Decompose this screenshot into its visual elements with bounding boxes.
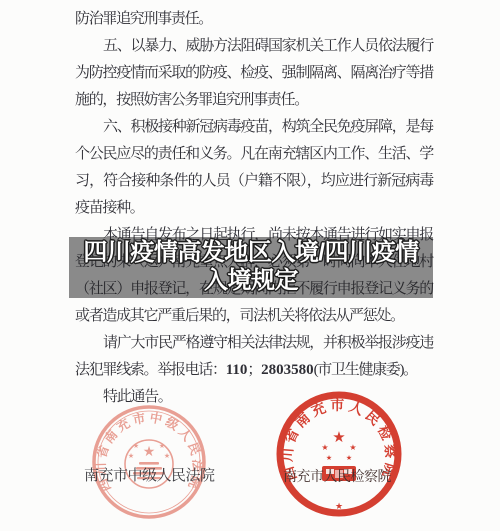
svg-text:★: ★ bbox=[346, 454, 352, 462]
svg-text:★: ★ bbox=[349, 443, 356, 452]
svg-text:★: ★ bbox=[335, 502, 343, 512]
caption-overlay: 四川疫情高发地区入境/四川疫情入境规定 bbox=[69, 237, 433, 298]
svg-text:★: ★ bbox=[326, 454, 332, 462]
caption-title: 四川疫情高发地区入境/四川疫情入境规定 bbox=[75, 237, 427, 295]
notice-paragraph: 六、积极接种新冠病毒疫苗，构筑全民免疫屏障，是每个公民应尽的责任和义务。凡在南充… bbox=[75, 114, 433, 222]
police-phone-number: 110 bbox=[226, 362, 248, 378]
notice-document-page: 防治罪追究刑事责任。 五、以暴力、威胁方法阻碍国家机关工作人员依法履行为防控疫情… bbox=[0, 0, 500, 531]
notice-paragraph: 防治罪追究刑事责任。 bbox=[75, 6, 433, 33]
phone-separator: ； bbox=[247, 362, 261, 378]
svg-text:★: ★ bbox=[133, 442, 139, 450]
phone-suffix-text: (市卫生健康委)。 bbox=[314, 362, 417, 378]
svg-text:★: ★ bbox=[321, 443, 328, 452]
court-seal-icon: 四川省南充市中级人民法院 ★ ★ ★ ★ ★ bbox=[86, 398, 212, 528]
court-name-label: 南充市中级人民法院 bbox=[84, 464, 214, 485]
procuratorate-seal-icon: 四川省南充市人民检察院 ★ ★ ★ ★ ★ ★ bbox=[272, 390, 406, 522]
svg-text:★: ★ bbox=[159, 442, 165, 450]
svg-text:★: ★ bbox=[128, 452, 134, 460]
svg-text:★: ★ bbox=[143, 444, 156, 460]
procuratorate-name-label: 南充市人民检察院 bbox=[281, 466, 393, 486]
health-committee-phone-number: 2803580 bbox=[261, 362, 314, 378]
svg-text:★: ★ bbox=[164, 452, 170, 460]
notice-paragraph: 五、以暴力、威胁方法阻碍国家机关工作人员依法履行为防控疫情而采取的防疫、检疫、强… bbox=[75, 33, 433, 114]
notice-paragraph: 请广大市民严格遵守相关法律法规，并积极举报涉疫违法犯罪线索。举报电话：110；2… bbox=[75, 330, 433, 384]
svg-text:★: ★ bbox=[332, 428, 345, 446]
notice-body: 防治罪追究刑事责任。 五、以暴力、威胁方法阻碍国家机关工作人员依法履行为防控疫情… bbox=[75, 6, 433, 411]
